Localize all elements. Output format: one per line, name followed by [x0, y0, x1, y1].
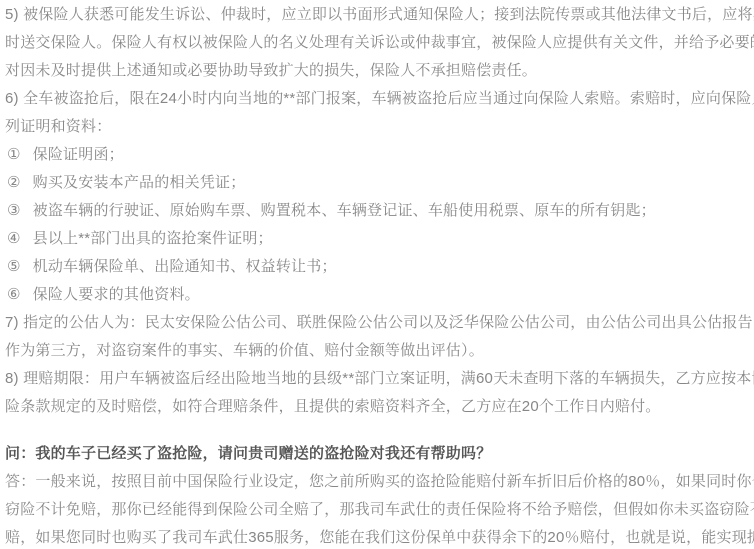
list-item: ③被盗车辆的行驶证、原始购车票、购置税本、车辆登记证、车船使用税票、原车的所有钥… [5, 197, 750, 225]
list-item: ④县以上**部门出具的盗抢案件证明； [5, 225, 750, 253]
list-item-text: 被盗车辆的行驶证、原始购车票、购置税本、车辆登记证、车船使用税票、原车的所有钥匙… [33, 202, 656, 219]
block-paragraph: 6) 全车被盗抢后，限在24小时内向当地的**部门报案，车辆被盗抢后应当通过向保… [5, 85, 750, 141]
list-item-text: 保险人要求的其他资料。 [33, 286, 200, 303]
document-page: 5) 被保险人获悉可能发生诉讼、仲裁时，应立即以书面形式通知保险人；接到法院传票… [0, 0, 754, 549]
text-line: 作为第三方，对盗窃案件的事实、车辆的价值、赔付金额等做出评估）。 [5, 337, 750, 365]
list-item-text: 保险证明函； [33, 146, 124, 163]
list-item-marker: ② [7, 169, 21, 197]
text-line: 8) 理赔期限：用户车辆被盗后经出险地当地的县级**部门立案证明，满60天未查明… [5, 365, 750, 393]
text-line: 时送交保险人。保险人有权以被保险人的名义处理有关诉讼或仲裁事宜，被保险人应提供有… [5, 29, 750, 57]
list-item-text: 购买及安装本产品的相关凭证； [33, 174, 246, 191]
text-line: 列证明和资料： [5, 113, 750, 141]
block-question: 问：我的车子已经买了盗抢险，请问贵司赠送的盗抢险对我还有帮助吗？ [5, 440, 750, 468]
list-item-marker: ⑤ [7, 253, 21, 281]
list-item: ⑥保险人要求的其他资料。 [5, 281, 750, 309]
text-line: 6) 全车被盗抢后，限在24小时内向当地的**部门报案，车辆被盗抢后应当通过向保… [5, 85, 750, 113]
list-item: ①保险证明函； [5, 141, 750, 169]
block-paragraph: 8) 理赔期限：用户车辆被盗后经出险地当地的县级**部门立案证明，满60天未查明… [5, 365, 750, 421]
block-list: ①保险证明函；②购买及安装本产品的相关凭证；③被盗车辆的行驶证、原始购车票、购置… [5, 141, 750, 309]
document: 5) 被保险人获悉可能发生诉讼、仲裁时，应立即以书面形式通知保险人；接到法院传票… [5, 1, 750, 549]
block-paragraph: 答：一般来说，按照目前中国保险行业设定，您之前所购买的盗抢险能赔付新车折旧后价格… [5, 468, 750, 549]
text-line: 7) 指定的公估人为：民太安保险公估公司、联胜保险公估公司以及泛华保险公估公司，… [5, 309, 750, 337]
text-line: 窃险不计免赔，那你已经能得到保险公司全赔了，那我司车武仕的责任保险将不给予赔偿，… [5, 496, 750, 524]
list-item-text: 县以上**部门出具的盗抢案件证明； [33, 230, 273, 247]
list-item-marker: ① [7, 141, 21, 169]
block-paragraph: 7) 指定的公估人为：民太安保险公估公司、联胜保险公估公司以及泛华保险公估公司，… [5, 309, 750, 365]
text-line: 对因未及时提供上述通知或必要协助导致扩大的损失，保险人不承担赔偿责任。 [5, 57, 750, 85]
text-line: 赔，如果您同时也购买了我司车武仕365服务，您能在我们这份保单中获得余下的20％… [5, 524, 750, 549]
list-item: ②购买及安装本产品的相关凭证； [5, 169, 750, 197]
list-item-text: 机动车辆保险单、出险通知书、权益转让书； [33, 258, 337, 275]
list-item: ⑤机动车辆保险单、出险通知书、权益转让书； [5, 253, 750, 281]
list-item-marker: ③ [7, 197, 21, 225]
block-paragraph: 5) 被保险人获悉可能发生诉讼、仲裁时，应立即以书面形式通知保险人；接到法院传票… [5, 1, 750, 85]
question-line: 问：我的车子已经买了盗抢险，请问贵司赠送的盗抢险对我还有帮助吗？ [5, 440, 750, 468]
list-item-marker: ⑥ [7, 281, 21, 309]
list-item-marker: ④ [7, 225, 21, 253]
text-line: 险条款规定的及时赔偿，如符合理赔条件，且提供的索赔资料齐全，乙方应在20个工作日… [5, 393, 750, 421]
text-line: 5) 被保险人获悉可能发生诉讼、仲裁时，应立即以书面形式通知保险人；接到法院传票… [5, 1, 750, 29]
text-line: 答：一般来说，按照目前中国保险行业设定，您之前所购买的盗抢险能赔付新车折旧后价格… [5, 468, 750, 496]
